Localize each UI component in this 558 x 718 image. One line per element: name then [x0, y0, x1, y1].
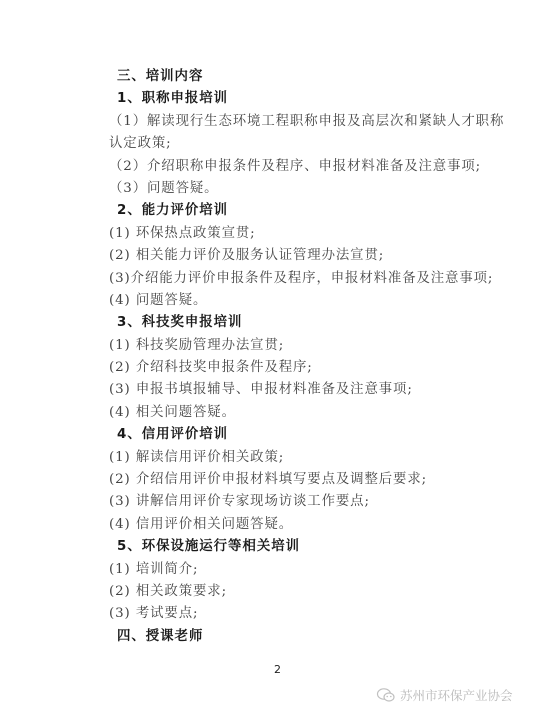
document-body: 三、培训内容 1、职称申报培训 （1）解读现行生态环境工程职称申报及高层次和紧缺…	[109, 66, 469, 648]
list-item: (2) 相关能力评价及服务认证管理办法宣贯;	[109, 245, 469, 267]
list-item: (1) 科技奖励管理办法宣贯;	[109, 335, 469, 357]
list-item: (3) 申报书填报辅导、申报材料准备及注意事项;	[109, 379, 469, 401]
list-item: （1）解读现行生态环境工程职称申报及高层次和紧缺人才职称	[109, 111, 469, 133]
page-number: 2	[274, 663, 281, 676]
list-item: (2) 介绍信用评价申报材料填写要点及调整后要求;	[109, 469, 469, 491]
list-item: (3) 讲解信用评价专家现场访谈工作要点;	[109, 491, 469, 513]
list-item: (3) 考试要点;	[109, 603, 469, 625]
list-item: (1) 培训简介;	[109, 559, 469, 581]
list-item: （2）介绍职称申报条件及程序、申报材料准备及注意事项;	[109, 156, 469, 178]
list-item: (4) 问题答疑。	[109, 290, 469, 312]
list-item: （3）问题答疑。	[109, 178, 469, 200]
document-page: 三、培训内容 1、职称申报培训 （1）解读现行生态环境工程职称申报及高层次和紧缺…	[0, 0, 558, 718]
list-item: (1) 解读信用评价相关政策;	[109, 447, 469, 469]
subsection-heading-title-application: 1、职称申报培训	[109, 88, 469, 110]
subsection-heading-credit-evaluation: 4、信用评价培训	[109, 424, 469, 446]
list-item: (2) 相关政策要求;	[109, 581, 469, 603]
wechat-icon	[376, 687, 396, 703]
watermark: 苏州市环保产业协会	[376, 686, 513, 704]
list-item: (1) 环保热点政策宣贯;	[109, 223, 469, 245]
watermark-text: 苏州市环保产业协会	[400, 686, 513, 704]
subsection-heading-capability-evaluation: 2、能力评价培训	[109, 200, 469, 222]
subsection-heading-sci-tech-award: 3、科技奖申报培训	[109, 312, 469, 334]
list-item-continuation: 认定政策;	[109, 133, 469, 155]
list-item: (4) 信用评价相关问题答疑。	[109, 514, 469, 536]
section-heading-training-content: 三、培训内容	[109, 66, 469, 88]
list-item: (2) 介绍科技奖申报条件及程序;	[109, 357, 469, 379]
subsection-heading-facility-operation: 5、环保设施运行等相关培训	[109, 536, 469, 558]
list-item: (4) 相关问题答疑。	[109, 402, 469, 424]
list-item: (3)介绍能力评价申报条件及程序，申报材料准备及注意事项;	[109, 268, 469, 290]
section-heading-instructors: 四、授课老师	[109, 626, 469, 648]
